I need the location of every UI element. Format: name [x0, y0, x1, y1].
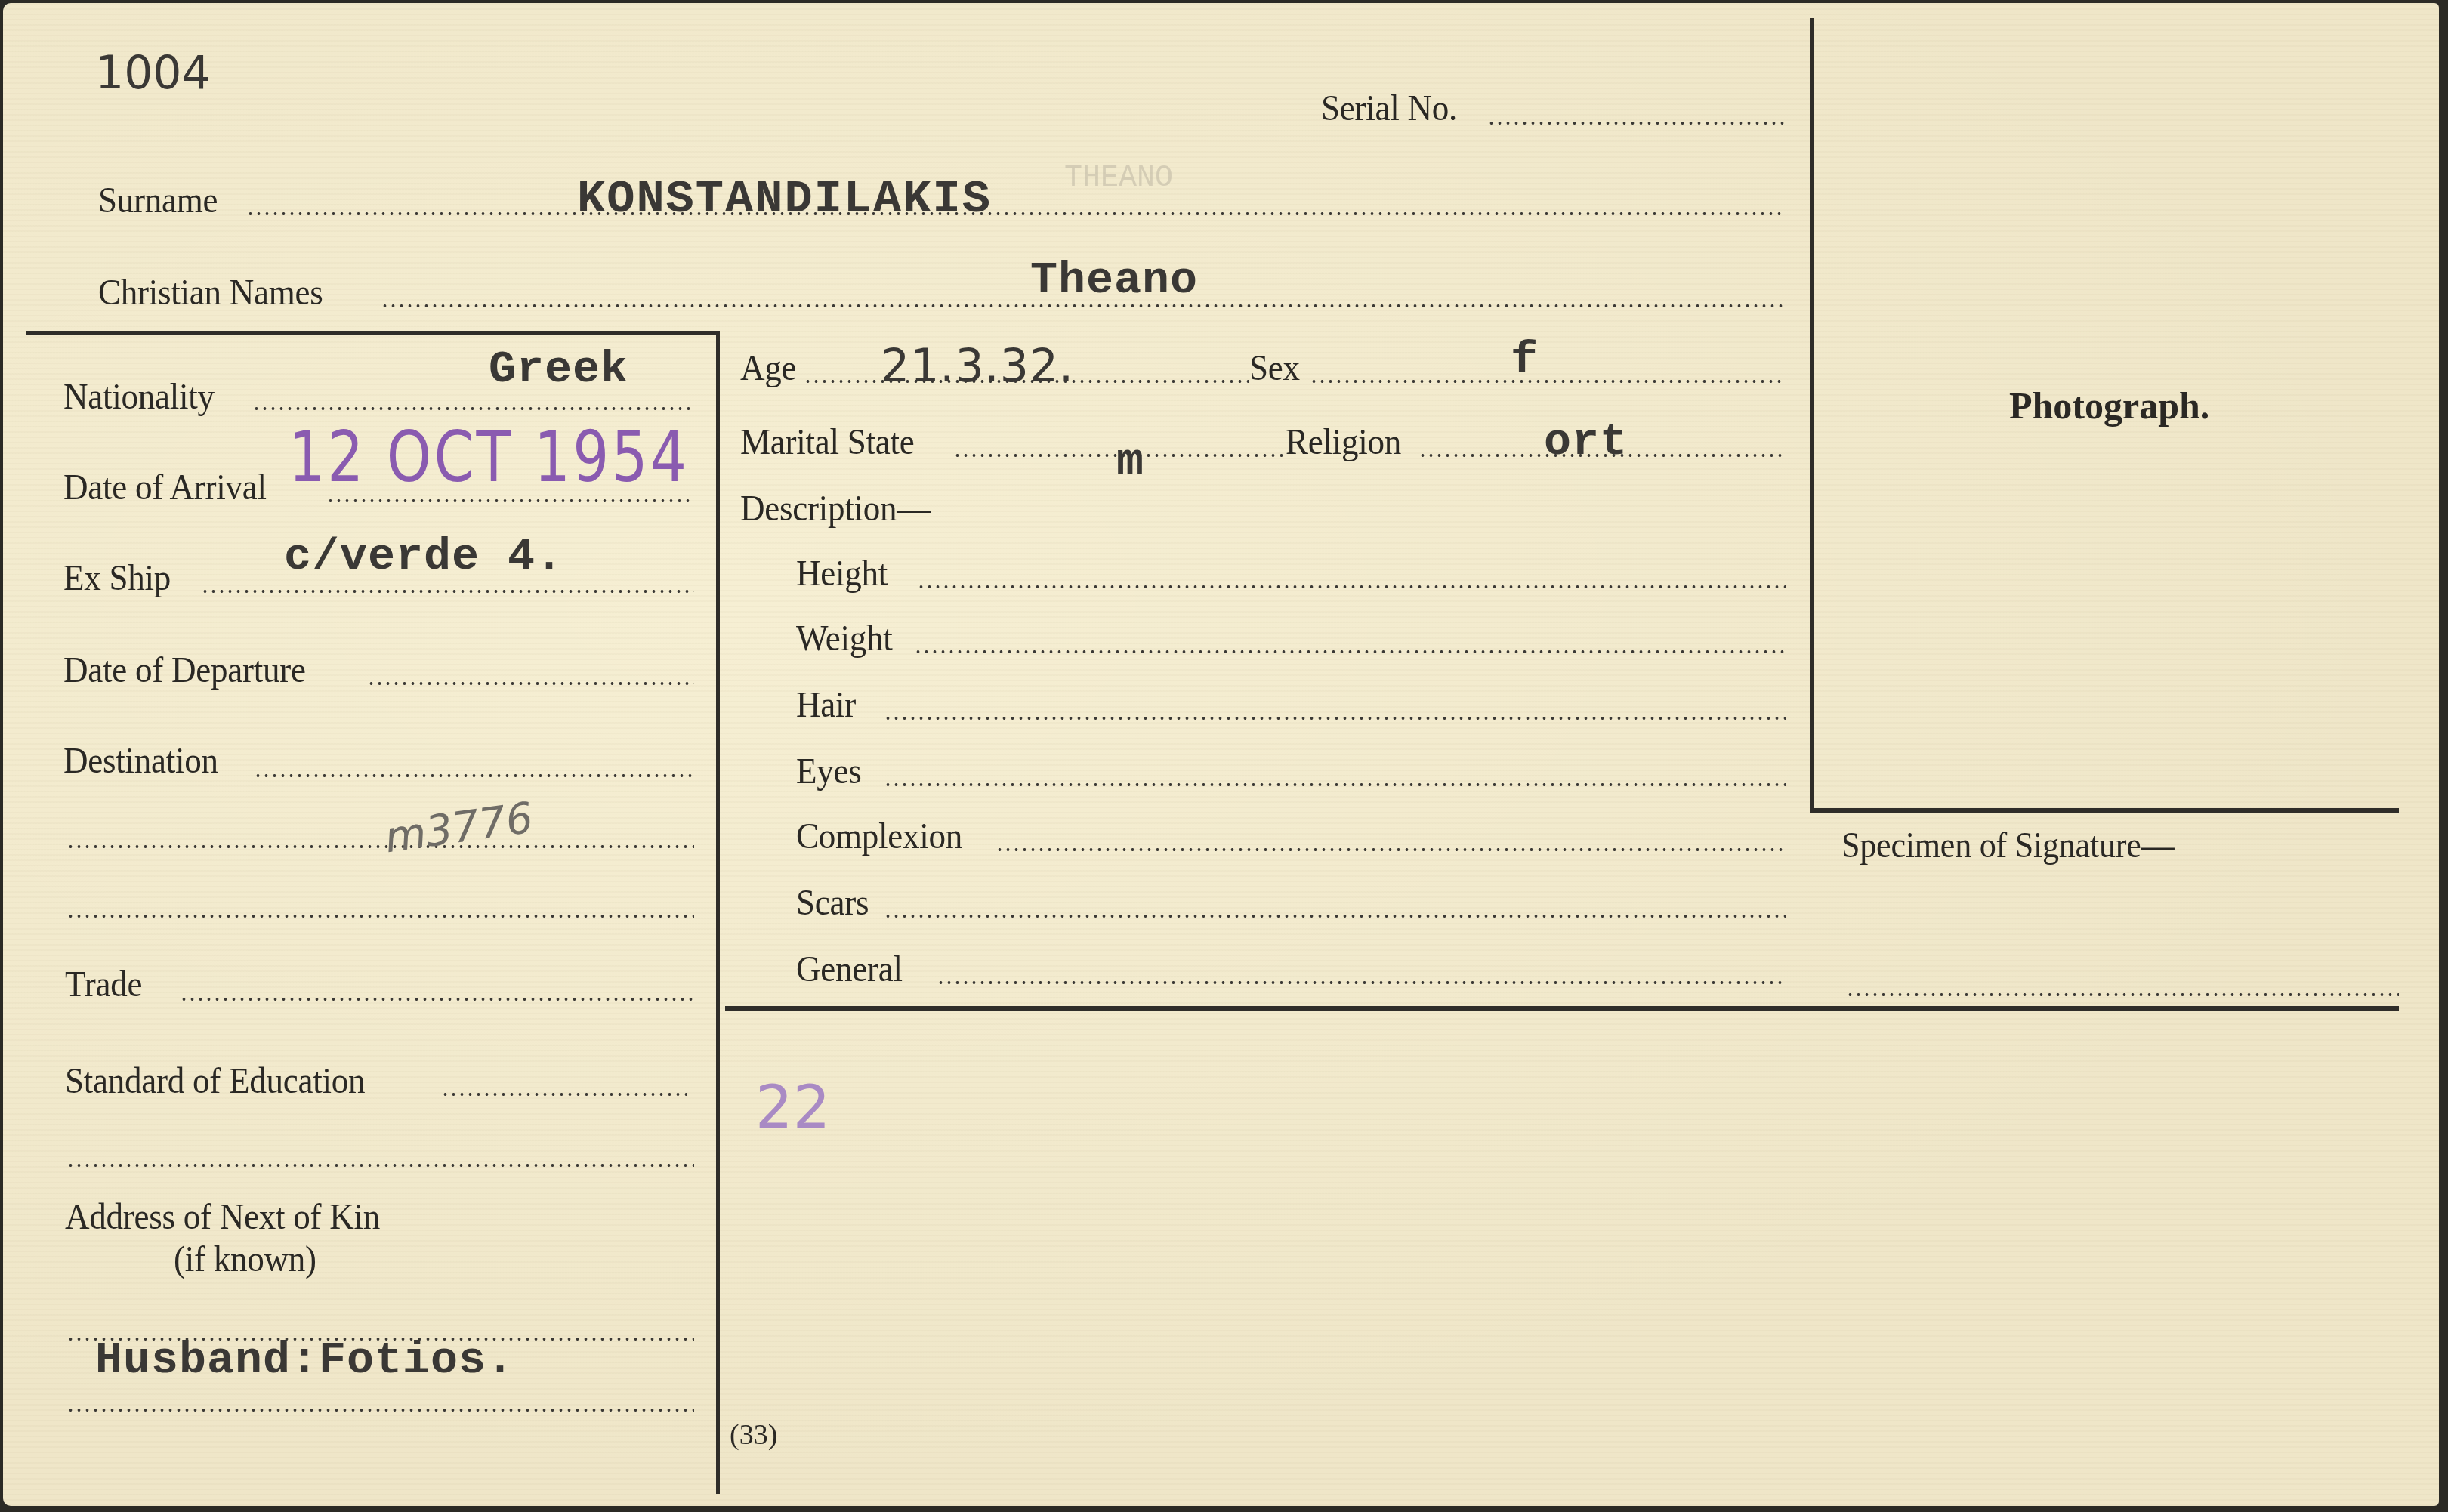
description-heading: Description— [740, 486, 931, 529]
complexion-label: Complexion [796, 814, 962, 857]
nationality-field[interactable] [252, 406, 694, 411]
scars-field[interactable] [884, 914, 1786, 918]
serial-no-field[interactable] [1487, 121, 1786, 125]
standard-of-education-label: Standard of Education [65, 1059, 365, 1102]
top-left-rule [26, 331, 719, 335]
destination-field-line-2[interactable] [66, 844, 694, 849]
trade-label: Trade [65, 962, 142, 1005]
destination-field[interactable] [254, 773, 694, 778]
weight-field[interactable] [914, 650, 1786, 654]
destination-field-line-3[interactable] [66, 914, 694, 918]
surname-field[interactable] [246, 211, 1786, 216]
scars-label: Scars [796, 881, 869, 924]
stamp-number: 22 [755, 1074, 830, 1142]
age-label: Age [740, 346, 796, 389]
next-of-kin-value: Husband:Fotios. [95, 1335, 514, 1387]
date-of-departure-field[interactable] [367, 681, 694, 686]
photograph-area [1816, 21, 2397, 807]
standard-of-education-field[interactable] [441, 1092, 687, 1097]
trade-field[interactable] [180, 997, 694, 1001]
marital-state-value: m [1116, 437, 1144, 488]
form-code: (33) [730, 1418, 777, 1452]
card-number: 1004 [95, 47, 211, 100]
date-of-arrival-label: Date of Arrival [63, 465, 267, 508]
nationality-value: Greek [489, 344, 628, 396]
next-of-kin-field-line-2[interactable] [66, 1408, 694, 1412]
destination-label: Destination [63, 739, 218, 782]
signature-label: Specimen of Signature— [1841, 825, 2174, 866]
christian-names-value: Theano [1030, 255, 1198, 307]
surname-label: Surname [98, 178, 218, 221]
next-of-kin-sublabel: (if known) [174, 1237, 316, 1280]
ex-ship-field[interactable] [201, 589, 694, 594]
ex-ship-value: c/verde 4. [284, 532, 563, 583]
eyes-label: Eyes [796, 749, 862, 792]
date-of-departure-label: Date of Departure [63, 648, 306, 691]
surname-ghost-text: THEANO [1064, 162, 1173, 196]
religion-value: ort [1544, 417, 1628, 468]
hair-label: Hair [796, 683, 856, 726]
eyes-field[interactable] [884, 782, 1786, 787]
age-value: 21.3.32. [881, 340, 1074, 393]
destination-pencil-note: m3776 [381, 794, 536, 863]
general-label: General [796, 947, 903, 990]
serial-no-label: Serial No. [1321, 86, 1457, 129]
photo-box-bottom-rule [1810, 808, 2399, 813]
date-of-arrival-stamp: 12 OCT 1954 [289, 417, 689, 498]
complexion-field[interactable] [996, 847, 1786, 852]
signature-field[interactable] [1846, 992, 2399, 997]
height-field[interactable] [917, 585, 1786, 589]
alien-registration-card: 1004 Serial No. Surname KONSTANDILAKIS T… [3, 3, 2439, 1506]
weight-label: Weight [796, 616, 892, 659]
religion-label: Religion [1286, 420, 1401, 463]
middle-section-rule [725, 1006, 2399, 1011]
marital-state-label: Marital State [740, 420, 915, 463]
next-of-kin-label: Address of Next of Kin [65, 1195, 380, 1238]
standard-of-education-field-line-2[interactable] [66, 1163, 694, 1168]
sex-value: f [1511, 335, 1539, 387]
nationality-label: Nationality [63, 375, 215, 418]
height-label: Height [796, 551, 888, 594]
left-column-divider [716, 331, 720, 1494]
sex-field[interactable] [1310, 379, 1786, 384]
christian-names-label: Christian Names [98, 270, 323, 313]
date-of-arrival-field[interactable] [326, 498, 694, 503]
hair-field[interactable] [884, 716, 1786, 721]
surname-value: KONSTANDILAKIS [577, 172, 992, 226]
ex-ship-label: Ex Ship [63, 556, 171, 599]
sex-label: Sex [1249, 346, 1300, 389]
general-field[interactable] [937, 980, 1786, 985]
photo-box-left-rule [1810, 18, 1814, 811]
